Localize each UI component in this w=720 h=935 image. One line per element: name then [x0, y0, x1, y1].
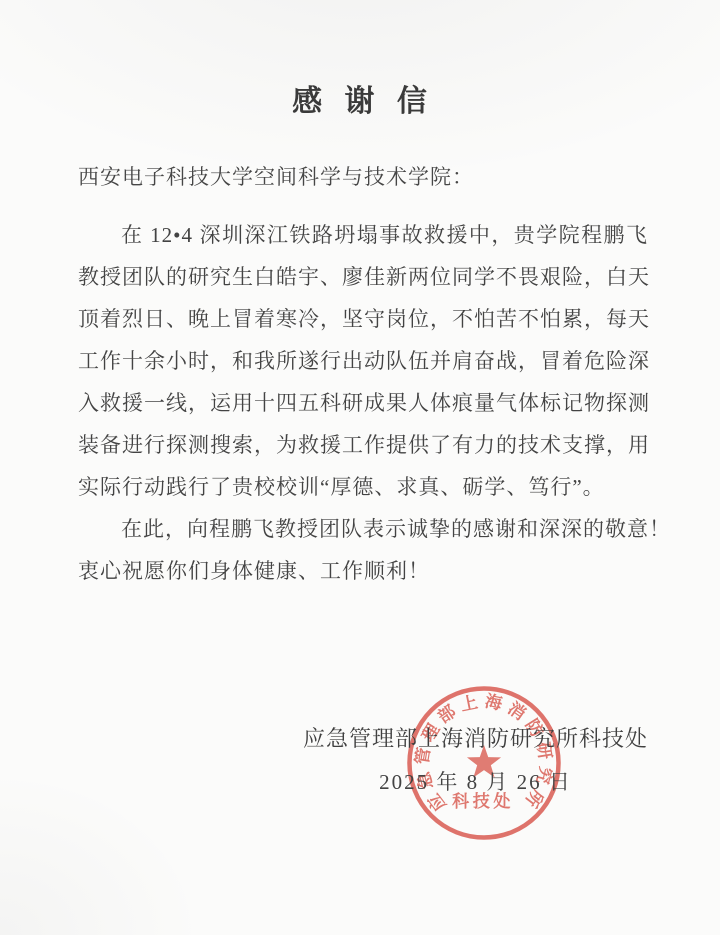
letter-date: 2025 年 8 月 26 日 — [303, 760, 648, 804]
body-line: 衷心祝愿你们身体健康、工作顺利！ — [78, 550, 648, 592]
body-line: 装备进行探测搜索，为救援工作提供了有力的技术支撑，用 — [78, 424, 648, 466]
closing-inner: 应急管理部上海消防研究所科技处 2025 年 8 月 26 日 — [303, 718, 648, 804]
body-line: 实际行动践行了贵校校训“厚德、求真、砺学、笃行”。 — [78, 466, 648, 508]
letter-page: 感 谢 信 西安电子科技大学空间科学与技术学院： 在 12•4 深圳深江铁路坍塌… — [0, 0, 720, 935]
signature-org: 应急管理部上海消防研究所科技处 — [303, 718, 648, 760]
body-line: 在此，向程鹏飞教授团队表示诚挚的感谢和深深的敬意！ — [78, 508, 648, 550]
letter-body: 在 12•4 深圳深江铁路坍塌事故救援中，贵学院程鹏飞教授团队的研究生白皓宇、廖… — [78, 214, 648, 592]
closing-block: 应急管理部上海消防研究所科技处 2025 年 8 月 26 日 — [78, 718, 648, 804]
letter-title: 感 谢 信 — [78, 84, 648, 120]
body-line: 在 12•4 深圳深江铁路坍塌事故救援中，贵学院程鹏飞 — [78, 214, 648, 256]
body-line: 教授团队的研究生白皓宇、廖佳新两位同学不畏艰险，白天 — [78, 256, 648, 298]
body-line: 入救援一线，运用十四五科研成果人体痕量气体标记物探测 — [78, 382, 648, 424]
body-line: 顶着烈日、晚上冒着寒冷，坚守岗位，不怕苦不怕累，每天 — [78, 298, 648, 340]
letter-salutation: 西安电子科技大学空间科学与技术学院： — [78, 160, 648, 194]
body-line: 工作十余小时，和我所遂行出动队伍并肩奋战，冒着危险深 — [78, 340, 648, 382]
